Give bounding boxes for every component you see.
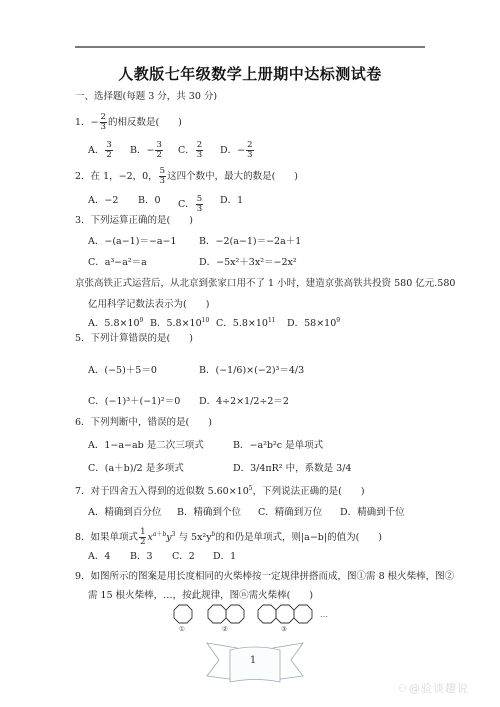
q7-option-c: C．精确到万位 <box>258 507 322 519</box>
question-3: 3．下列运算正确的是( ) <box>75 215 193 227</box>
q7-option-b: B．精确到个位 <box>177 507 241 519</box>
question-9-line1: 9．如图所示的图案是用长度相同的火柴棒按一定规律拼搭而成，图①需 8 根火柴棒，… <box>75 571 454 583</box>
q8-option-b: B．3 <box>130 551 153 563</box>
question-4-line1: 京张高铁正式运营后，从北京到张家口用不了 1 小时，建造京张高铁共投资 580 … <box>75 278 455 290</box>
q3-option-c: C．a³−a²＝a <box>88 257 147 269</box>
q4-option-a: A．5.8×109 <box>88 318 143 330</box>
q1-option-c: C．23 <box>178 141 204 160</box>
question-9-line2: 需 15 根火柴棒，…，按此规律，图ⓝ需火柴棒( ) <box>88 590 313 602</box>
q2-option-a: A．−2 <box>88 195 118 207</box>
question-1: 1．−23的相反数是( ) <box>75 113 182 132</box>
page-number: 1 <box>243 655 263 666</box>
section-heading: 一、选择题(每题 3 分，共 30 分) <box>75 91 217 103</box>
q5-option-b: B．(−1/6)×(−2)³＝4/3 <box>199 365 304 377</box>
q8-option-c: C．2 <box>172 551 195 563</box>
question-5: 5．下列计算错误的是( ) <box>75 333 193 345</box>
q1-option-b: B．−32 <box>130 141 164 160</box>
q1-option-d: D．−23 <box>220 141 255 160</box>
q5-option-c: C．(−1)³＋(−1)²＝0 <box>88 396 180 408</box>
q7-option-d: D．精确到千位 <box>340 507 405 519</box>
q3-option-d: D．−5x²＋3x²＝−2x² <box>199 257 297 269</box>
q6-option-c: C．(a＋b)/2 是多项式 <box>88 463 184 475</box>
q6-option-d: D．3/4πR² 中，系数是 3/4 <box>233 463 351 475</box>
q5-option-d: D．4÷2×1/2÷2＝2 <box>199 396 289 408</box>
question-6: 6．下列判断中，错误的是( ) <box>75 417 212 429</box>
q2-option-d: D．1 <box>220 195 243 207</box>
q2-option-b: B．0 <box>138 195 161 207</box>
question-4-line2: 亿用科学记数法表示为( ) <box>88 299 209 311</box>
q7-option-a: A．精确到百分位 <box>88 507 161 519</box>
q5-option-a: A．(−5)＋5＝0 <box>88 365 157 377</box>
q3-option-a: A．−(a−1)＝−a−1 <box>88 236 177 248</box>
header-rule <box>75 46 425 48</box>
figure-label-1: ① <box>179 625 185 633</box>
watermark: ⚇@验谈趣说 <box>398 680 469 696</box>
octagon-figure-1 <box>173 604 193 624</box>
q8-option-a: A．4 <box>88 551 110 563</box>
q4-option-c: C．5.8×1011 <box>216 318 276 330</box>
ellipsis: … <box>320 610 328 619</box>
q4-option-d: D．58×109 <box>287 318 340 330</box>
q1-option-a: A．32 <box>88 141 114 160</box>
matchstick-figures: ① ② ③ … <box>170 604 370 644</box>
q8-option-d: D．1 <box>213 551 236 563</box>
q4-option-b: B．5.8×1010 <box>150 318 209 330</box>
octagon-figure-3 <box>257 604 313 624</box>
octagon-figure-2 <box>207 604 245 624</box>
figure-label-2: ② <box>222 625 228 633</box>
question-8: 8．如果单项式12xa＋by3 与 5x²yb的和仍是单项式，则|a−b|的值为… <box>75 528 382 547</box>
q3-option-b: B．−2(a−1)＝−2a＋1 <box>199 236 301 248</box>
question-7: 7．对于四舍五入得到的近似数 5.60×105，下列说法正确的是( ) <box>75 486 365 498</box>
q6-option-b: B．−a²b²c 是单项式 <box>233 440 323 452</box>
q2-option-c: C．53 <box>178 195 204 214</box>
page-title: 人教版七年级数学上册期中达标测试卷 <box>0 63 500 84</box>
figure-label-3: ③ <box>281 625 287 633</box>
question-2: 2．在 1，−2，0，53这四个数中，最大的数是( ) <box>75 167 298 186</box>
q6-option-a: A．1−a−ab 是二次三项式 <box>88 440 204 452</box>
